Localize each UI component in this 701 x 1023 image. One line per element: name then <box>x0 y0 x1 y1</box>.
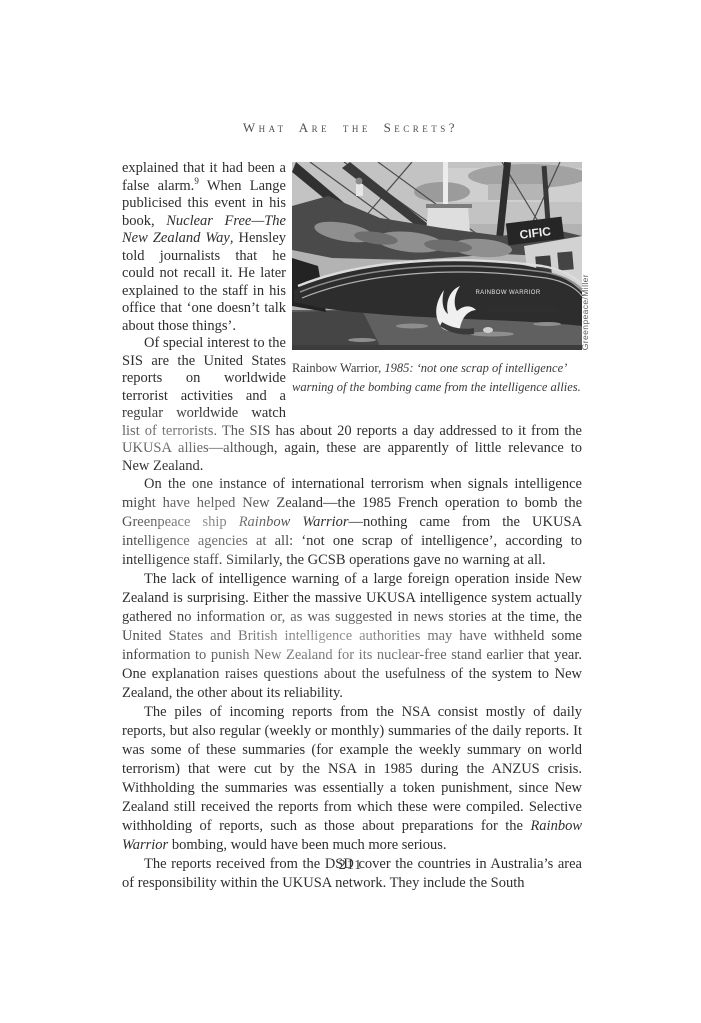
photo-caption: Rainbow Warrior, 1985: ‘not one scrap of… <box>292 359 582 396</box>
page-number: 211 <box>0 858 701 874</box>
paragraph-5: The piles of incoming reports from the N… <box>122 703 582 855</box>
paragraph-4: The lack of intelligence warning of a la… <box>122 570 582 703</box>
paragraph-3: On the one instance of international ter… <box>122 475 582 570</box>
photo-hull-text: RAINBOW WARRIOR <box>475 290 540 296</box>
caption-lead: Rainbow Warrior, <box>292 361 384 375</box>
book-page: What Are the Secrets? <box>0 0 701 1023</box>
photo-credit: Greenpeace/Miller <box>576 274 595 350</box>
rainbow-warrior-figure: CIFIC <box>292 162 582 396</box>
photo-wrap: CIFIC <box>292 162 582 350</box>
page-content: CIFIC <box>122 160 582 893</box>
rainbow-warrior-photo: CIFIC <box>292 162 582 350</box>
running-header: What Are the Secrets? <box>0 120 701 136</box>
